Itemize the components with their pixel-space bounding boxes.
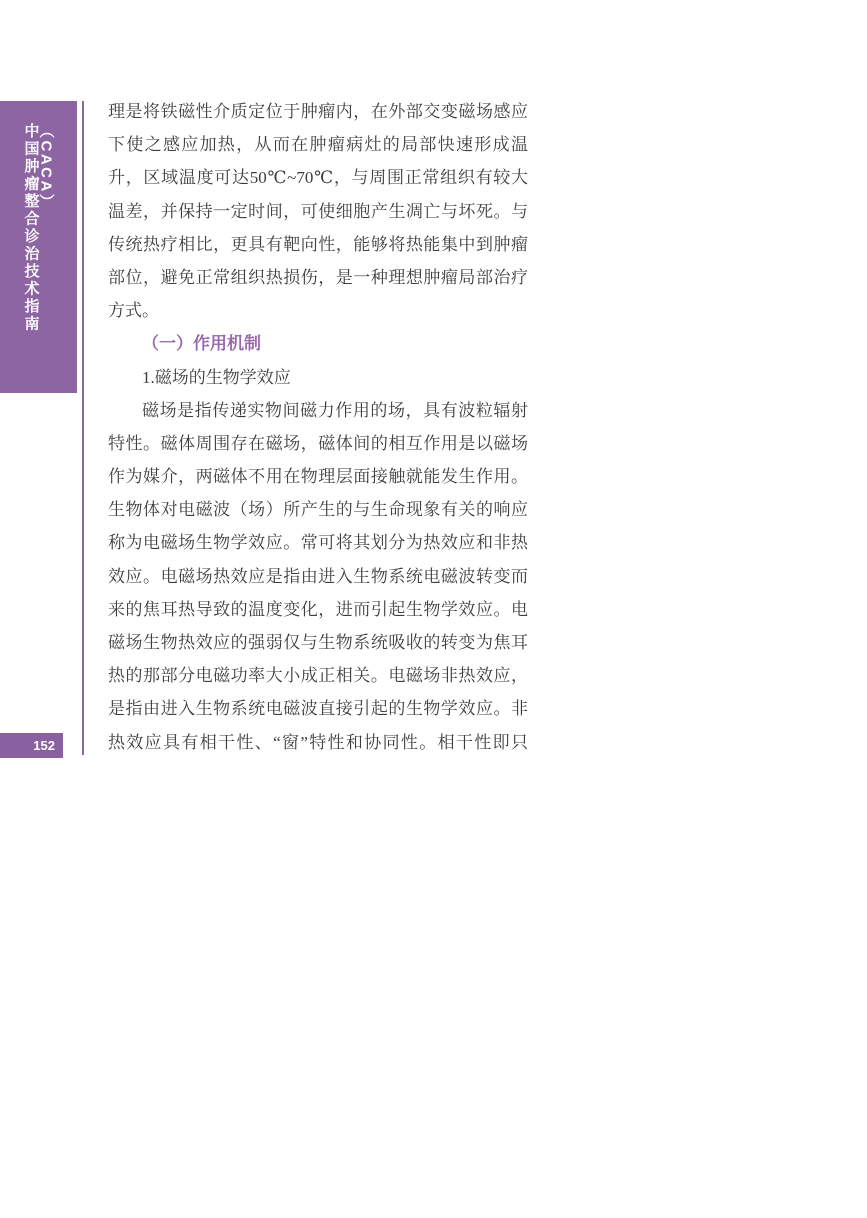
text-line: 生物体对电磁波（场）所产生的与生命现象有关的响应	[108, 493, 528, 526]
text-line: 传统热疗相比，更具有靶向性，能够将热能集中到肿瘤	[108, 228, 528, 261]
text-line: 效应。电磁场热效应是指由进入生物系统电磁波转变而	[108, 560, 528, 593]
text-line: 磁场生物热效应的强弱仅与生物系统吸收的转变为焦耳	[108, 626, 528, 659]
text-line: 部位，避免正常组织热损伤，是一种理想肿瘤局部治疗	[108, 261, 528, 294]
subsection-heading: 1.磁场的生物学效应	[108, 361, 528, 394]
text-line: 升，区域温度可达50℃~70℃，与周围正常组织有较大	[108, 161, 528, 194]
page-number: 152	[33, 738, 55, 753]
text-line: 来的焦耳热导致的温度变化，进而引起生物学效应。电	[108, 593, 528, 626]
section-heading: （一）作用机制	[108, 327, 528, 360]
text-line: 是指由进入生物系统电磁波直接引起的生物学效应。非	[108, 692, 528, 725]
text-line: 热的那部分电磁功率大小成正相关。电磁场非热效应，	[108, 659, 528, 692]
text-line: 特性。磁体周围存在磁场，磁体间的相互作用是以磁场	[108, 427, 528, 460]
text-line: 作为媒介，两磁体不用在物理层面接触就能发生作用。	[108, 460, 528, 493]
sidebar-banner: 中国肿瘤整合诊治技术指南（CACA）	[0, 101, 77, 393]
vertical-divider-line	[82, 101, 84, 755]
body-text-column: 理是将铁磁性介质定位于肿瘤内，在外部交变磁场感应 下使之感应加热，从而在肿瘤病灶…	[108, 95, 528, 759]
text-line: 温差，并保持一定时间，可使细胞产生凋亡与坏死。与	[108, 195, 528, 228]
page-number-badge: 152	[0, 733, 63, 758]
text-line: 下使之感应加热，从而在肿瘤病灶的局部快速形成温	[108, 128, 528, 161]
document-page: 中国肿瘤整合诊治技术指南（CACA） 152 理是将铁磁性介质定位于肿瘤内，在外…	[0, 0, 867, 1218]
text-line: 称为电磁场生物学效应。常可将其划分为热效应和非热	[108, 526, 528, 559]
text-line: 方式。	[108, 294, 528, 327]
text-line: 磁场是指传递实物间磁力作用的场，具有波粒辐射	[108, 394, 528, 427]
text-line: 热效应具有相干性、“窗”特性和协同性。相干性即只	[108, 726, 528, 759]
sidebar-book-title: 中国肿瘤整合诊治技术指南（CACA）	[24, 123, 54, 393]
text-line: 理是将铁磁性介质定位于肿瘤内，在外部交变磁场感应	[108, 95, 528, 128]
